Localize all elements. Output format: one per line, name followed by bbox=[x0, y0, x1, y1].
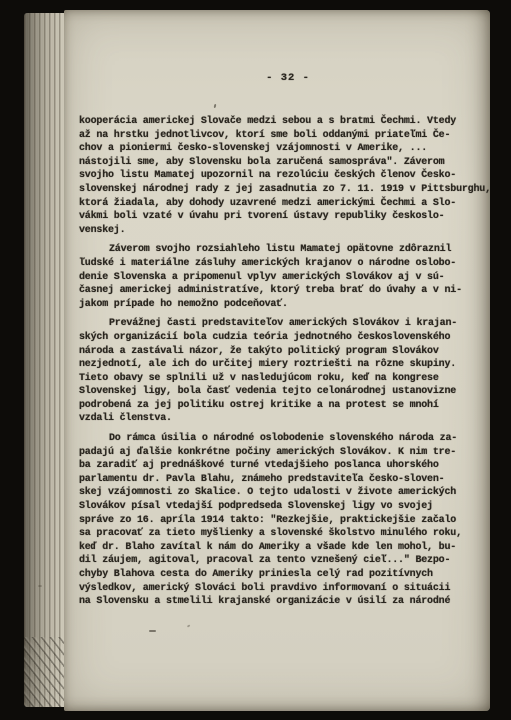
text-line: ských organizácií bola cudzia teória jed… bbox=[79, 331, 465, 345]
scan-speck bbox=[214, 104, 217, 108]
scan-speck bbox=[38, 585, 42, 587]
text-line: svojho listu Mamatej upozornil na rezolú… bbox=[79, 169, 465, 183]
typewritten-text: kooperácia americkej Slovače medzi sebou… bbox=[79, 115, 465, 615]
text-line: sa pracovať za tieto myšlienky a slovens… bbox=[79, 527, 465, 541]
text-line: nástojili sme, aby Slovensku bola zaruče… bbox=[79, 156, 465, 170]
text-line: ktorá žiadala, aby dohody uzavrené medzi… bbox=[79, 197, 465, 211]
text-line: národa a zastávali názor, že takýto poli… bbox=[79, 345, 465, 359]
scan-speck bbox=[149, 630, 156, 632]
page-number: - 32 - bbox=[266, 72, 310, 84]
text-line: na Slovensku a stmelili krajanské organi… bbox=[79, 595, 465, 609]
text-line: venskej. bbox=[79, 224, 465, 238]
scan-background: - 32 - kooperácia americkej Slovače medz… bbox=[0, 0, 511, 720]
text-line: časnej americkej administratíve, ktorý t… bbox=[79, 284, 465, 298]
paragraph: Záverom svojho rozsiahleho listu Mamatej… bbox=[79, 243, 465, 311]
text-line: chyby Blahova cesta do Ameriky priniesla… bbox=[79, 568, 465, 582]
text-line: Tieto obavy se splnili už v nasledujúcom… bbox=[79, 372, 465, 386]
text-line: Záverom svojho rozsiahleho listu Mamatej… bbox=[79, 243, 465, 257]
text-line: Do rámca úsilia o národné oslobodenie sl… bbox=[79, 432, 465, 446]
text-line: podrobená za jej politiku ostrej kritike… bbox=[79, 399, 465, 413]
text-line: dil záujem, agitoval, pracoval za tento … bbox=[79, 554, 465, 568]
text-line: slovenskej národnej rady z jej zasadnuti… bbox=[79, 183, 465, 197]
text-line: správe zo 16. apríla 1914 takto: "Rezkej… bbox=[79, 514, 465, 528]
text-line: kooperácia americkej Slovače medzi sebou… bbox=[79, 115, 465, 129]
text-line: Prevážnej časti predstaviteľov americkýc… bbox=[79, 317, 465, 331]
text-line: padajú aj ďalšie konkrétne počiny americ… bbox=[79, 446, 465, 460]
text-line: ľudské i materiálne zásluhy amerických k… bbox=[79, 257, 465, 271]
scan-speck bbox=[187, 624, 190, 627]
text-line: nezjednotí, ale ich do určitej miery roz… bbox=[79, 358, 465, 372]
text-line: ba zaradiť aj prednáškové turné vtedajši… bbox=[79, 459, 465, 473]
scanned-page: - 32 - kooperácia americkej Slovače medz… bbox=[64, 10, 490, 711]
text-line: Slovenskej ligy, bola časť vedenia tejto… bbox=[79, 385, 465, 399]
text-line: jakom prípade ho nemožno podceňovať. bbox=[79, 298, 465, 312]
text-line: denie Slovenska a pripomenul vplyv ameri… bbox=[79, 271, 465, 285]
paragraph: Do rámca úsilia o národné oslobodenie sl… bbox=[79, 432, 465, 609]
text-line: Slovákov písal vtedajší podpredseda Slov… bbox=[79, 500, 465, 514]
text-line: parlamentu dr. Pavla Blahu, známeho pred… bbox=[79, 473, 465, 487]
text-line: keď dr. Blaho zavítal k nám do Ameriky a… bbox=[79, 541, 465, 555]
text-line: až na hrstku jednotlivcov, ktorí sme bol… bbox=[79, 129, 465, 143]
text-line: výsledkov, americký Slováci boli pravdiv… bbox=[79, 582, 465, 596]
text-line: skej vzájomnosti zo Skalice. O tejto uda… bbox=[79, 486, 465, 500]
text-line: vzdali členstva. bbox=[79, 412, 465, 426]
text-line: vákmi boli vzaté v úvahu pri tvorení úst… bbox=[79, 210, 465, 224]
paragraph: Prevážnej časti predstaviteľov americkýc… bbox=[79, 317, 465, 426]
paragraph: kooperácia americkej Slovače medzi sebou… bbox=[79, 115, 465, 237]
text-line: chov a pioniermi česko-slovenskej vzájom… bbox=[79, 142, 465, 156]
